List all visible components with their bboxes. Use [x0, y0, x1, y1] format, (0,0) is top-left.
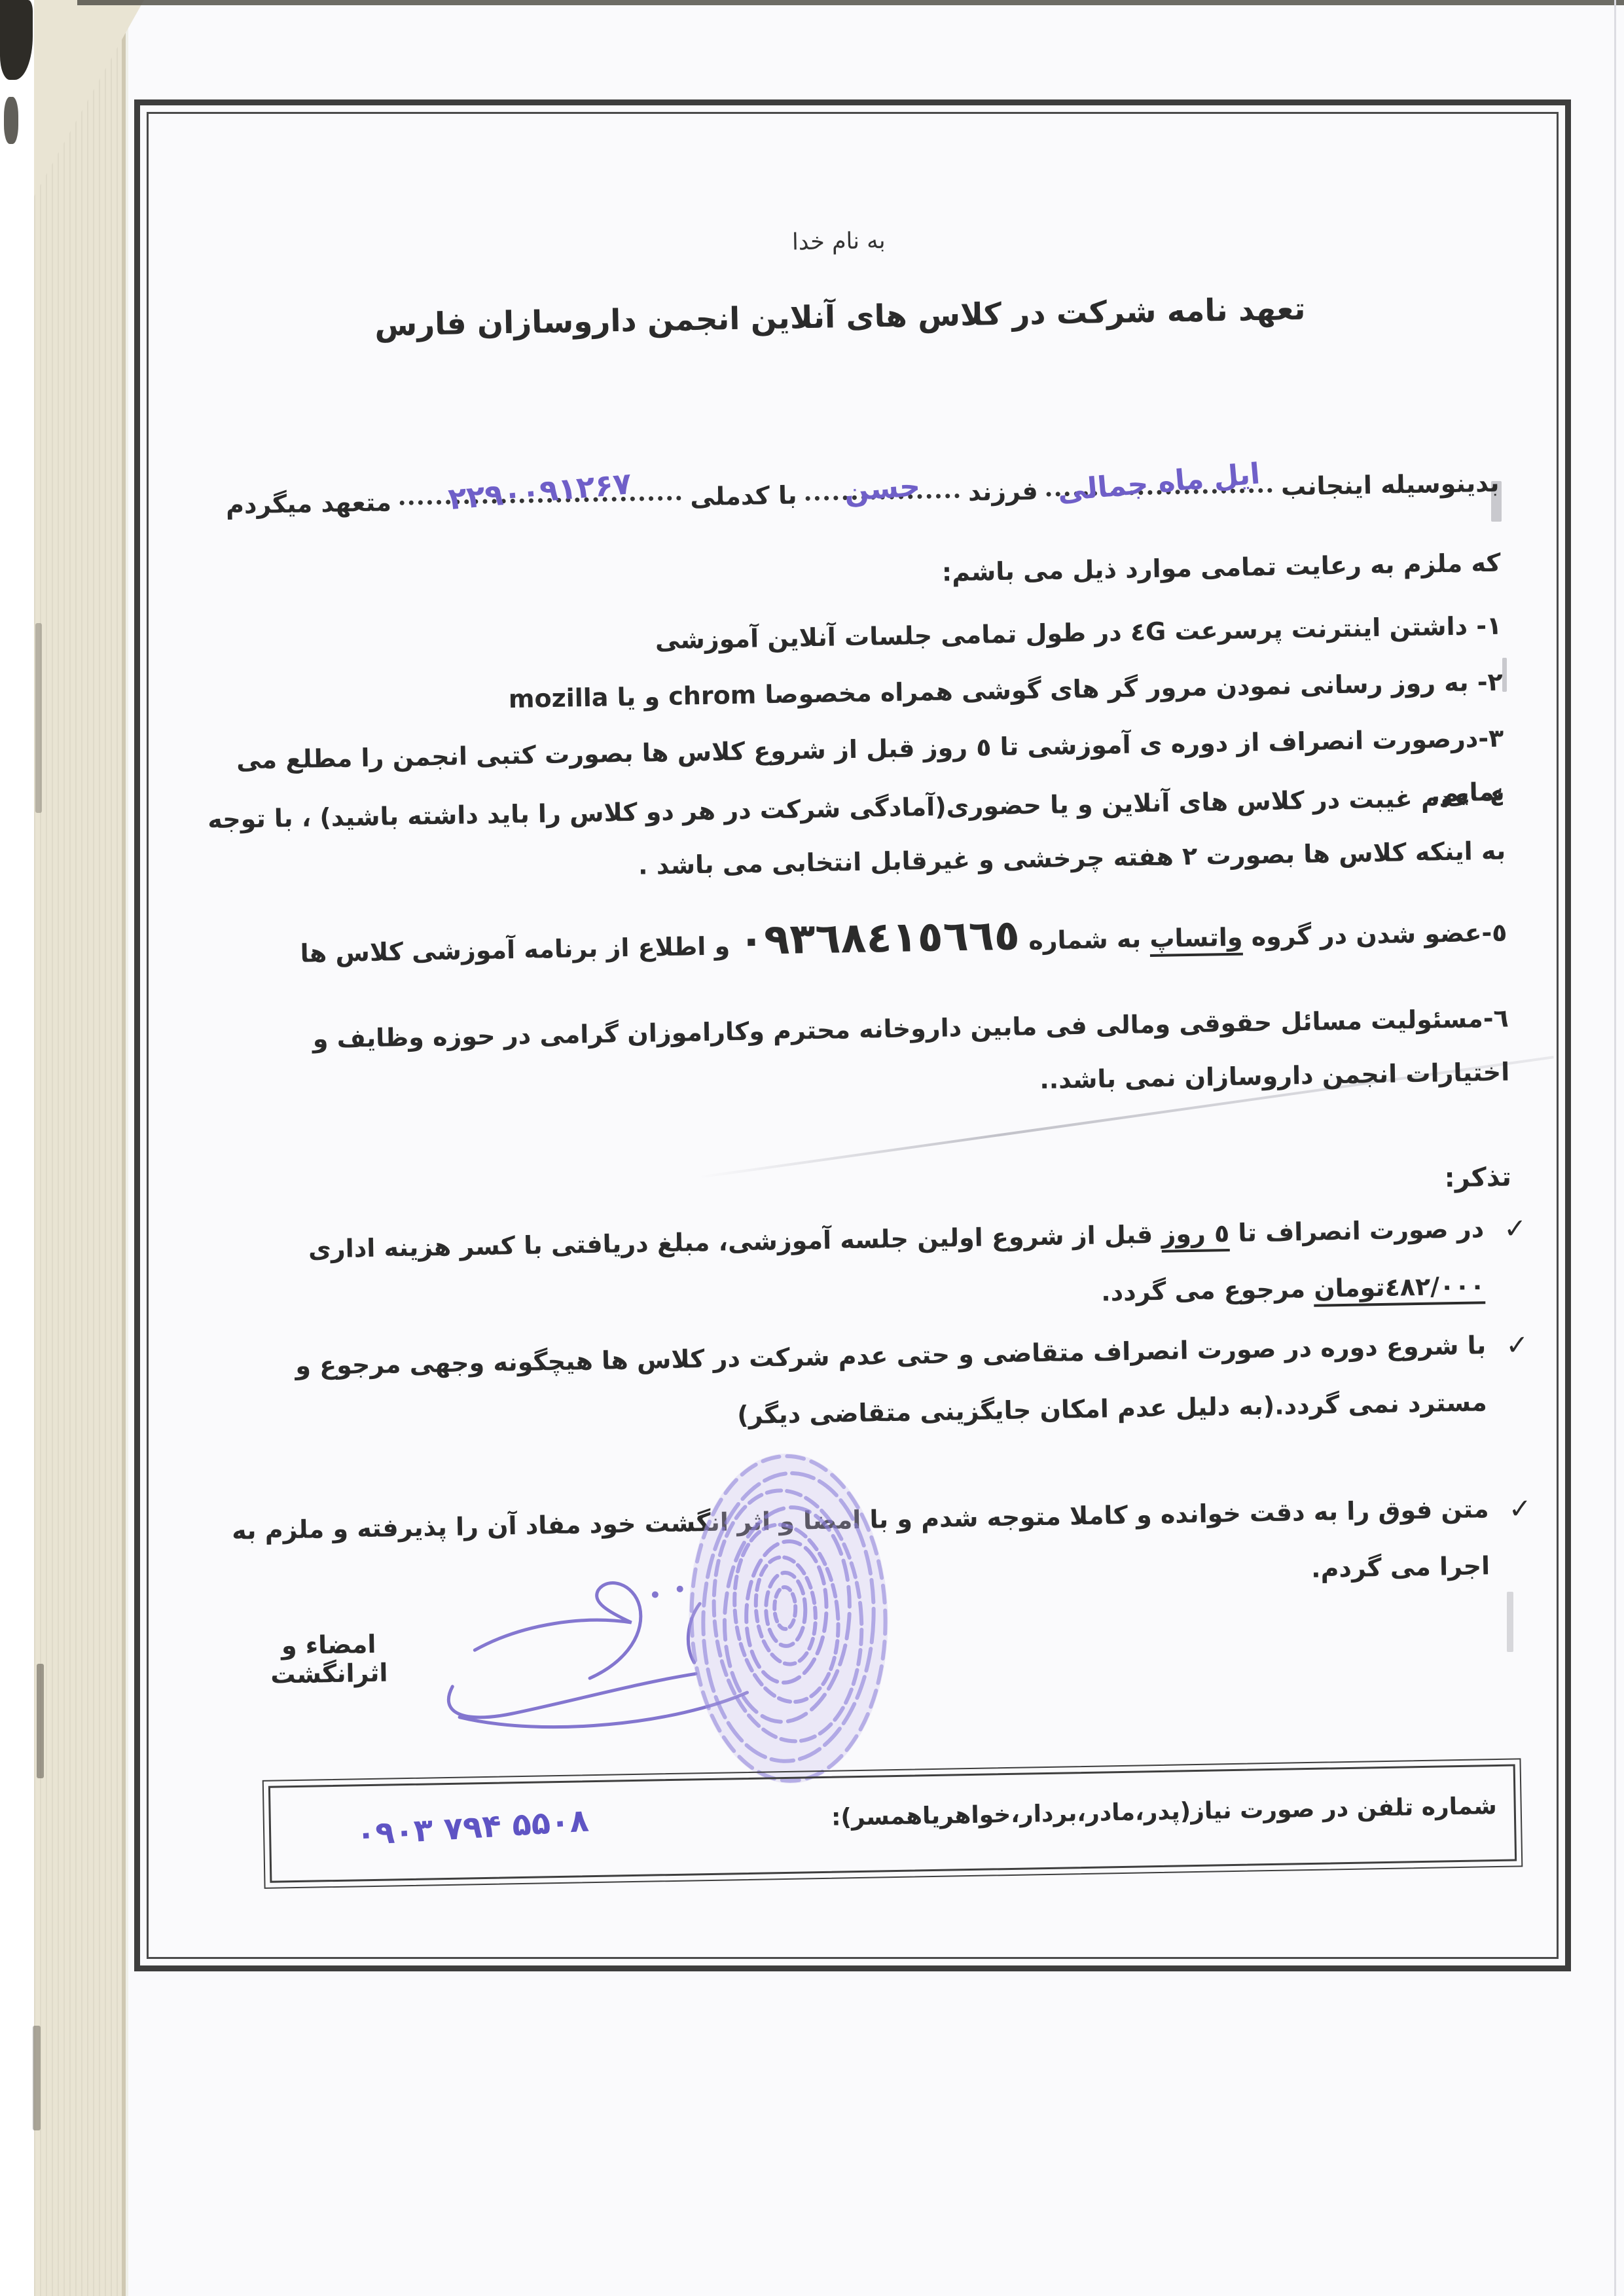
whatsapp-phone-number: ٠٩٣٦٨٤١٥٦٦٥	[738, 912, 1020, 965]
national-id-blank: ۲۲۹۰۰۹۱۲۶۷	[399, 467, 681, 505]
handwritten-father-name: حسن	[842, 456, 922, 522]
scan-artifact-streak	[35, 623, 42, 813]
signature-fingerprint-label: امضاء و اثرانگشت	[224, 1628, 434, 1690]
scan-artifact-blob	[4, 97, 18, 144]
handwritten-phone-number: ۰۹۰۳ ۷۹۴ ۵۵۰۸	[355, 1803, 590, 1854]
checkmark-icon: ✓	[1508, 1480, 1533, 1594]
phone-number-box: شماره تلفن در صورت نیاز(پدر،مادر،بردار،خ…	[268, 1765, 1517, 1883]
scan-artifact-streak	[33, 2026, 41, 2130]
note-bullet-2: ✓ با شروع دوره در صورت انصراف متقاضی و ح…	[224, 1316, 1530, 1454]
note-bullet-1: ✓ در صورت انصراف تا ٥ روز قبل از شروع او…	[222, 1200, 1528, 1337]
item5-post: و اطلاع از برنامه آموزشی کلاس ها	[300, 931, 739, 968]
list-item-6: ٦-مسئولیت مسائل حقوقی ومالی فی مابین دار…	[218, 992, 1510, 1122]
intro-line2: که ملزم به رعایت تمامی موارد ذیل می باشم…	[177, 537, 1501, 613]
list-item-5: ٥-عضو شدن در گروه واتساپ به شماره ٠٩٣٦٨٤…	[183, 883, 1507, 996]
note1-amount-underlined: ٤٨٢/٠٠٠تومان	[1314, 1272, 1485, 1308]
page-title: تعهد نامه شرکت در کلاس های آنلاین انجمن …	[128, 287, 1553, 348]
document-border-frame: به نام خدا تعهد نامه شرکت در کلاس های آن…	[134, 99, 1571, 1971]
phone-box-label: شماره تلفن در صورت نیاز(پدر،مادر،بردار،خ…	[831, 1793, 1497, 1831]
fingerprint	[671, 1441, 906, 1799]
note1-text: در صورت انصراف تا ٥ روز قبل از شروع اولی…	[222, 1200, 1486, 1336]
document-content: به نام خدا تعهد نامه شرکت در کلاس های آن…	[124, 93, 1581, 1978]
handwritten-national-id: ۲۲۹۰۰۹۱۲۶۷	[446, 451, 634, 531]
note1-post: مرجوع می گردد.	[1101, 1274, 1314, 1307]
note1-days-underlined: ٥ روز	[1161, 1219, 1230, 1253]
whatsapp-word-underlined: واتساپ	[1149, 923, 1243, 957]
name-blank: ایل ماه جمالی	[1046, 459, 1272, 497]
scanner-edge-strip	[0, 0, 128, 2296]
father-name-blank: حسن	[805, 465, 960, 501]
note1-pre: در صورت انصراف تا	[1229, 1214, 1485, 1247]
intro-line: بدینوسیله اینجانب ایل ماه جمالی فرزند حس…	[176, 453, 1500, 533]
scan-top-edge	[77, 0, 1624, 5]
intro-part1: بدینوسیله اینجانب	[1281, 469, 1500, 501]
note2-text: با شروع دوره در صورت انصراف متقاضی و حتی…	[224, 1317, 1488, 1453]
scan-artifact-streak	[37, 1664, 44, 1778]
list-item-4: ٤- عدم غیبت در کلاس های آنلاین و یا حضور…	[181, 771, 1506, 901]
intro-part3: با کدملی	[690, 480, 797, 511]
intro-part2: فرزند	[968, 476, 1038, 507]
item5-pre: ٥-عضو شدن در گروه	[1242, 918, 1507, 952]
scanned-document-page: به نام خدا تعهد نامه شرکت در کلاس های آن…	[0, 0, 1624, 2296]
item5-mid: به شماره	[1020, 924, 1150, 955]
besmele-heading: به نام خدا	[126, 216, 1551, 267]
intro-part4: متعهد میگردم	[226, 488, 392, 519]
note1-mid: قبل از شروع اولین جلسه آموزشی، مبلغ دریا…	[308, 1220, 1162, 1264]
paper-edge-shadow	[1614, 0, 1616, 2296]
checkmark-icon: ✓	[1503, 1200, 1528, 1314]
handwritten-name: ایل ماه جمالی	[1055, 443, 1263, 522]
checkmark-icon: ✓	[1505, 1316, 1530, 1431]
